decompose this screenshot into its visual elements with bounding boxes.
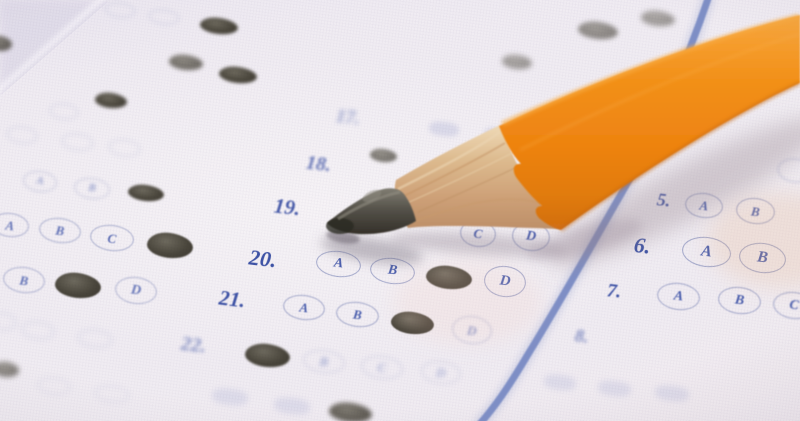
answer-bubble: A (282, 293, 327, 323)
answer-bubble: B (369, 255, 417, 286)
bubble-grid: 17. 18. 19. 20. 21. 22. 5. 6. 7. 8. C D … (0, 0, 800, 421)
answer-bubble: D (420, 359, 463, 387)
answer-bubble: B (735, 196, 777, 227)
answer-bubble: A (680, 234, 732, 270)
filled-bubble-mark (577, 20, 619, 42)
answer-bubble: B (717, 284, 763, 316)
faint-bubble (36, 375, 72, 397)
question-number: 18. (305, 153, 332, 176)
faint-bubble (48, 101, 80, 122)
answer-bubble: A (315, 248, 363, 279)
answer-bubble: C (458, 218, 497, 249)
filled-bubble-mark (390, 309, 435, 336)
answer-sheet-photo: 17. 18. 19. 20. 21. 22. 5. 6. 7. 8. C D … (0, 0, 800, 421)
faint-bubble (20, 319, 56, 342)
faint-bubble (654, 384, 690, 403)
question-number: 20. (248, 246, 278, 271)
answer-bubble: B (2, 265, 47, 296)
faint-bubble (211, 387, 249, 407)
answer-bubble: A (684, 191, 725, 220)
faint-bubble (483, 126, 512, 142)
filled-bubble-mark (328, 400, 373, 421)
answer-bubble: D (510, 220, 551, 253)
filled-bubble-mark (146, 230, 195, 260)
answer-bubble: A (0, 211, 30, 239)
filled-bubble-mark (244, 341, 291, 369)
faint-bubble (428, 120, 459, 138)
answer-bubble: A (656, 280, 702, 312)
faint-bubble (107, 137, 142, 159)
faint-bubble (5, 124, 39, 146)
answer-bubble: D (450, 314, 493, 347)
answer-bubble: B (38, 216, 83, 246)
filled-bubble-mark (501, 53, 532, 71)
filled-bubble-mark (425, 263, 473, 291)
answer-bubble: B (737, 240, 787, 276)
answer-bubble: C (772, 290, 800, 322)
answer-bubble: B (73, 176, 111, 201)
answer-bubble: B (335, 299, 381, 329)
answer-bubble: B (302, 348, 346, 376)
filled-bubble-mark (369, 147, 397, 163)
faint-bubble (93, 383, 131, 405)
question-number: 8. (574, 326, 590, 346)
answer-bubble: C (360, 354, 404, 382)
answer-bubble: D (482, 264, 527, 300)
question-number: 22. (180, 334, 207, 357)
filled-bubble-mark (218, 65, 258, 86)
filled-bubble-mark (94, 91, 128, 110)
faint-bubble (147, 7, 181, 27)
answer-bubble: D (114, 275, 159, 307)
answer-bubble: A (22, 169, 58, 194)
filled-bubble-mark (199, 16, 239, 37)
question-number: 19. (273, 195, 302, 219)
question-number: 21. (218, 287, 247, 311)
faint-bubble (76, 327, 114, 350)
question-number: 17. (335, 107, 361, 129)
filled-bubble-mark (168, 53, 204, 72)
faint-bubble (103, 0, 137, 20)
faint-bubble (776, 156, 800, 185)
faint-bubble (597, 379, 632, 398)
filled-bubble-mark (0, 35, 13, 53)
filled-bubble-mark (640, 9, 676, 28)
faint-bubble (60, 131, 95, 153)
filled-bubble-mark (127, 183, 165, 203)
faint-bubble (273, 396, 311, 416)
question-number: 7. (606, 281, 622, 302)
filled-bubble-mark (54, 270, 103, 300)
question-number: 5. (656, 190, 672, 210)
answer-bubble: C (89, 222, 136, 253)
filled-bubble-mark (0, 360, 20, 378)
faint-bubble (543, 373, 577, 392)
faint-bubble (0, 310, 18, 333)
question-number: 6. (633, 234, 652, 258)
